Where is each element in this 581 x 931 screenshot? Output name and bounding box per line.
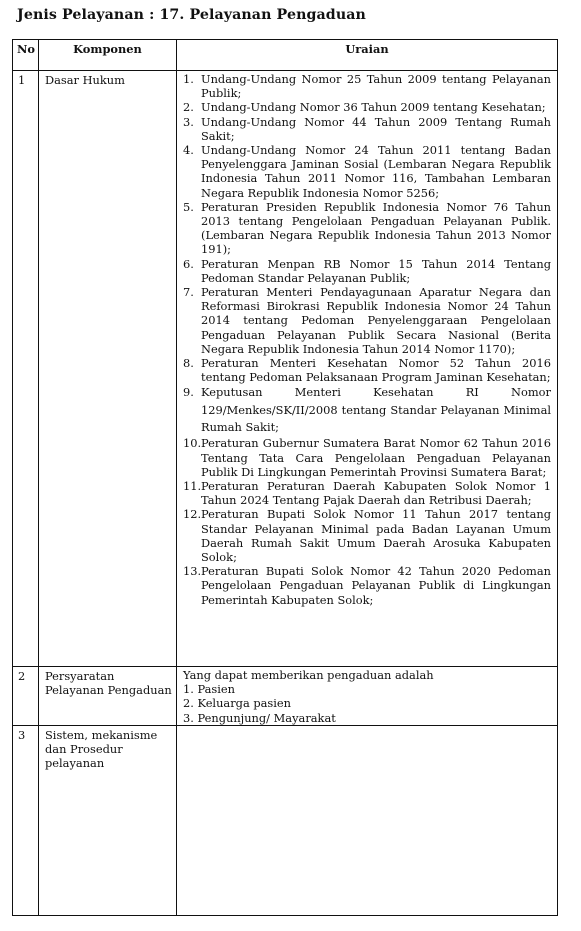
list-item: 1. Pasien	[183, 682, 551, 696]
list-item: 5.Peraturan Presiden Republik Indonesia …	[183, 200, 551, 257]
list-item: 12.Peraturan Bupati Solok Nomor 11 Tahun…	[183, 507, 551, 564]
service-standard-table: No Komponen Uraian 1 Dasar Hukum 1.Undan…	[12, 39, 558, 916]
list-item: 7.Peraturan Menteri Pendayagunaan Aparat…	[183, 285, 551, 356]
list-item: 10.Peraturan Gubernur Sumatera Barat Nom…	[183, 436, 551, 479]
row-komponen: Persyaratan Pelayanan Pengaduan	[39, 667, 177, 726]
list-item: 4.Undang-Undang Nomor 24 Tahun 2011 tent…	[183, 143, 551, 200]
list-item: 9.Keputusan Menteri Kesehatan RI Nomor 1…	[183, 384, 551, 436]
row-komponen: Sistem, mekanisme dan Prosedur pelayanan	[39, 725, 177, 915]
row-number: 2	[13, 667, 39, 726]
row-komponen: Dasar Hukum	[39, 71, 177, 667]
row-uraian	[177, 725, 558, 915]
table-row: 1 Dasar Hukum 1.Undang-Undang Nomor 25 T…	[13, 71, 558, 667]
header-uraian: Uraian	[177, 40, 558, 71]
row-uraian: Yang dapat memberikan pengaduan adalah 1…	[177, 667, 558, 726]
header-no: No	[13, 40, 39, 71]
table-header-row: No Komponen Uraian	[13, 40, 558, 71]
row-uraian: 1.Undang-Undang Nomor 25 Tahun 2009 tent…	[177, 71, 558, 667]
list-item: 6.Peraturan Menpan RB Nomor 15 Tahun 201…	[183, 257, 551, 285]
list-item: 3.Undang-Undang Nomor 44 Tahun 2009 Tent…	[183, 115, 551, 143]
list-item: 8.Peraturan Menteri Kesehatan Nomor 52 T…	[183, 356, 551, 384]
legal-basis-list: 1.Undang-Undang Nomor 25 Tahun 2009 tent…	[183, 72, 551, 607]
row-number: 3	[13, 725, 39, 915]
row-number: 1	[13, 71, 39, 667]
document-title: Jenis Pelayanan : 17. Pelayanan Pengadua…	[17, 7, 366, 23]
table-row: 2 Persyaratan Pelayanan Pengaduan Yang d…	[13, 667, 558, 726]
list-item: 3. Pengunjung/ Mayarakat	[183, 711, 551, 725]
list-item: 11.Peraturan Peraturan Daerah Kabupaten …	[183, 479, 551, 507]
list-item: 2.Undang-Undang Nomor 36 Tahun 2009 tent…	[183, 100, 551, 114]
list-item: 13.Peraturan Bupati Solok Nomor 42 Tahun…	[183, 564, 551, 607]
list-item: 2. Keluarga pasien	[183, 696, 551, 710]
table-row: 3 Sistem, mekanisme dan Prosedur pelayan…	[13, 725, 558, 915]
requirements-intro: Yang dapat memberikan pengaduan adalah	[183, 668, 551, 682]
list-item: 1.Undang-Undang Nomor 25 Tahun 2009 tent…	[183, 72, 551, 100]
header-komponen: Komponen	[39, 40, 177, 71]
